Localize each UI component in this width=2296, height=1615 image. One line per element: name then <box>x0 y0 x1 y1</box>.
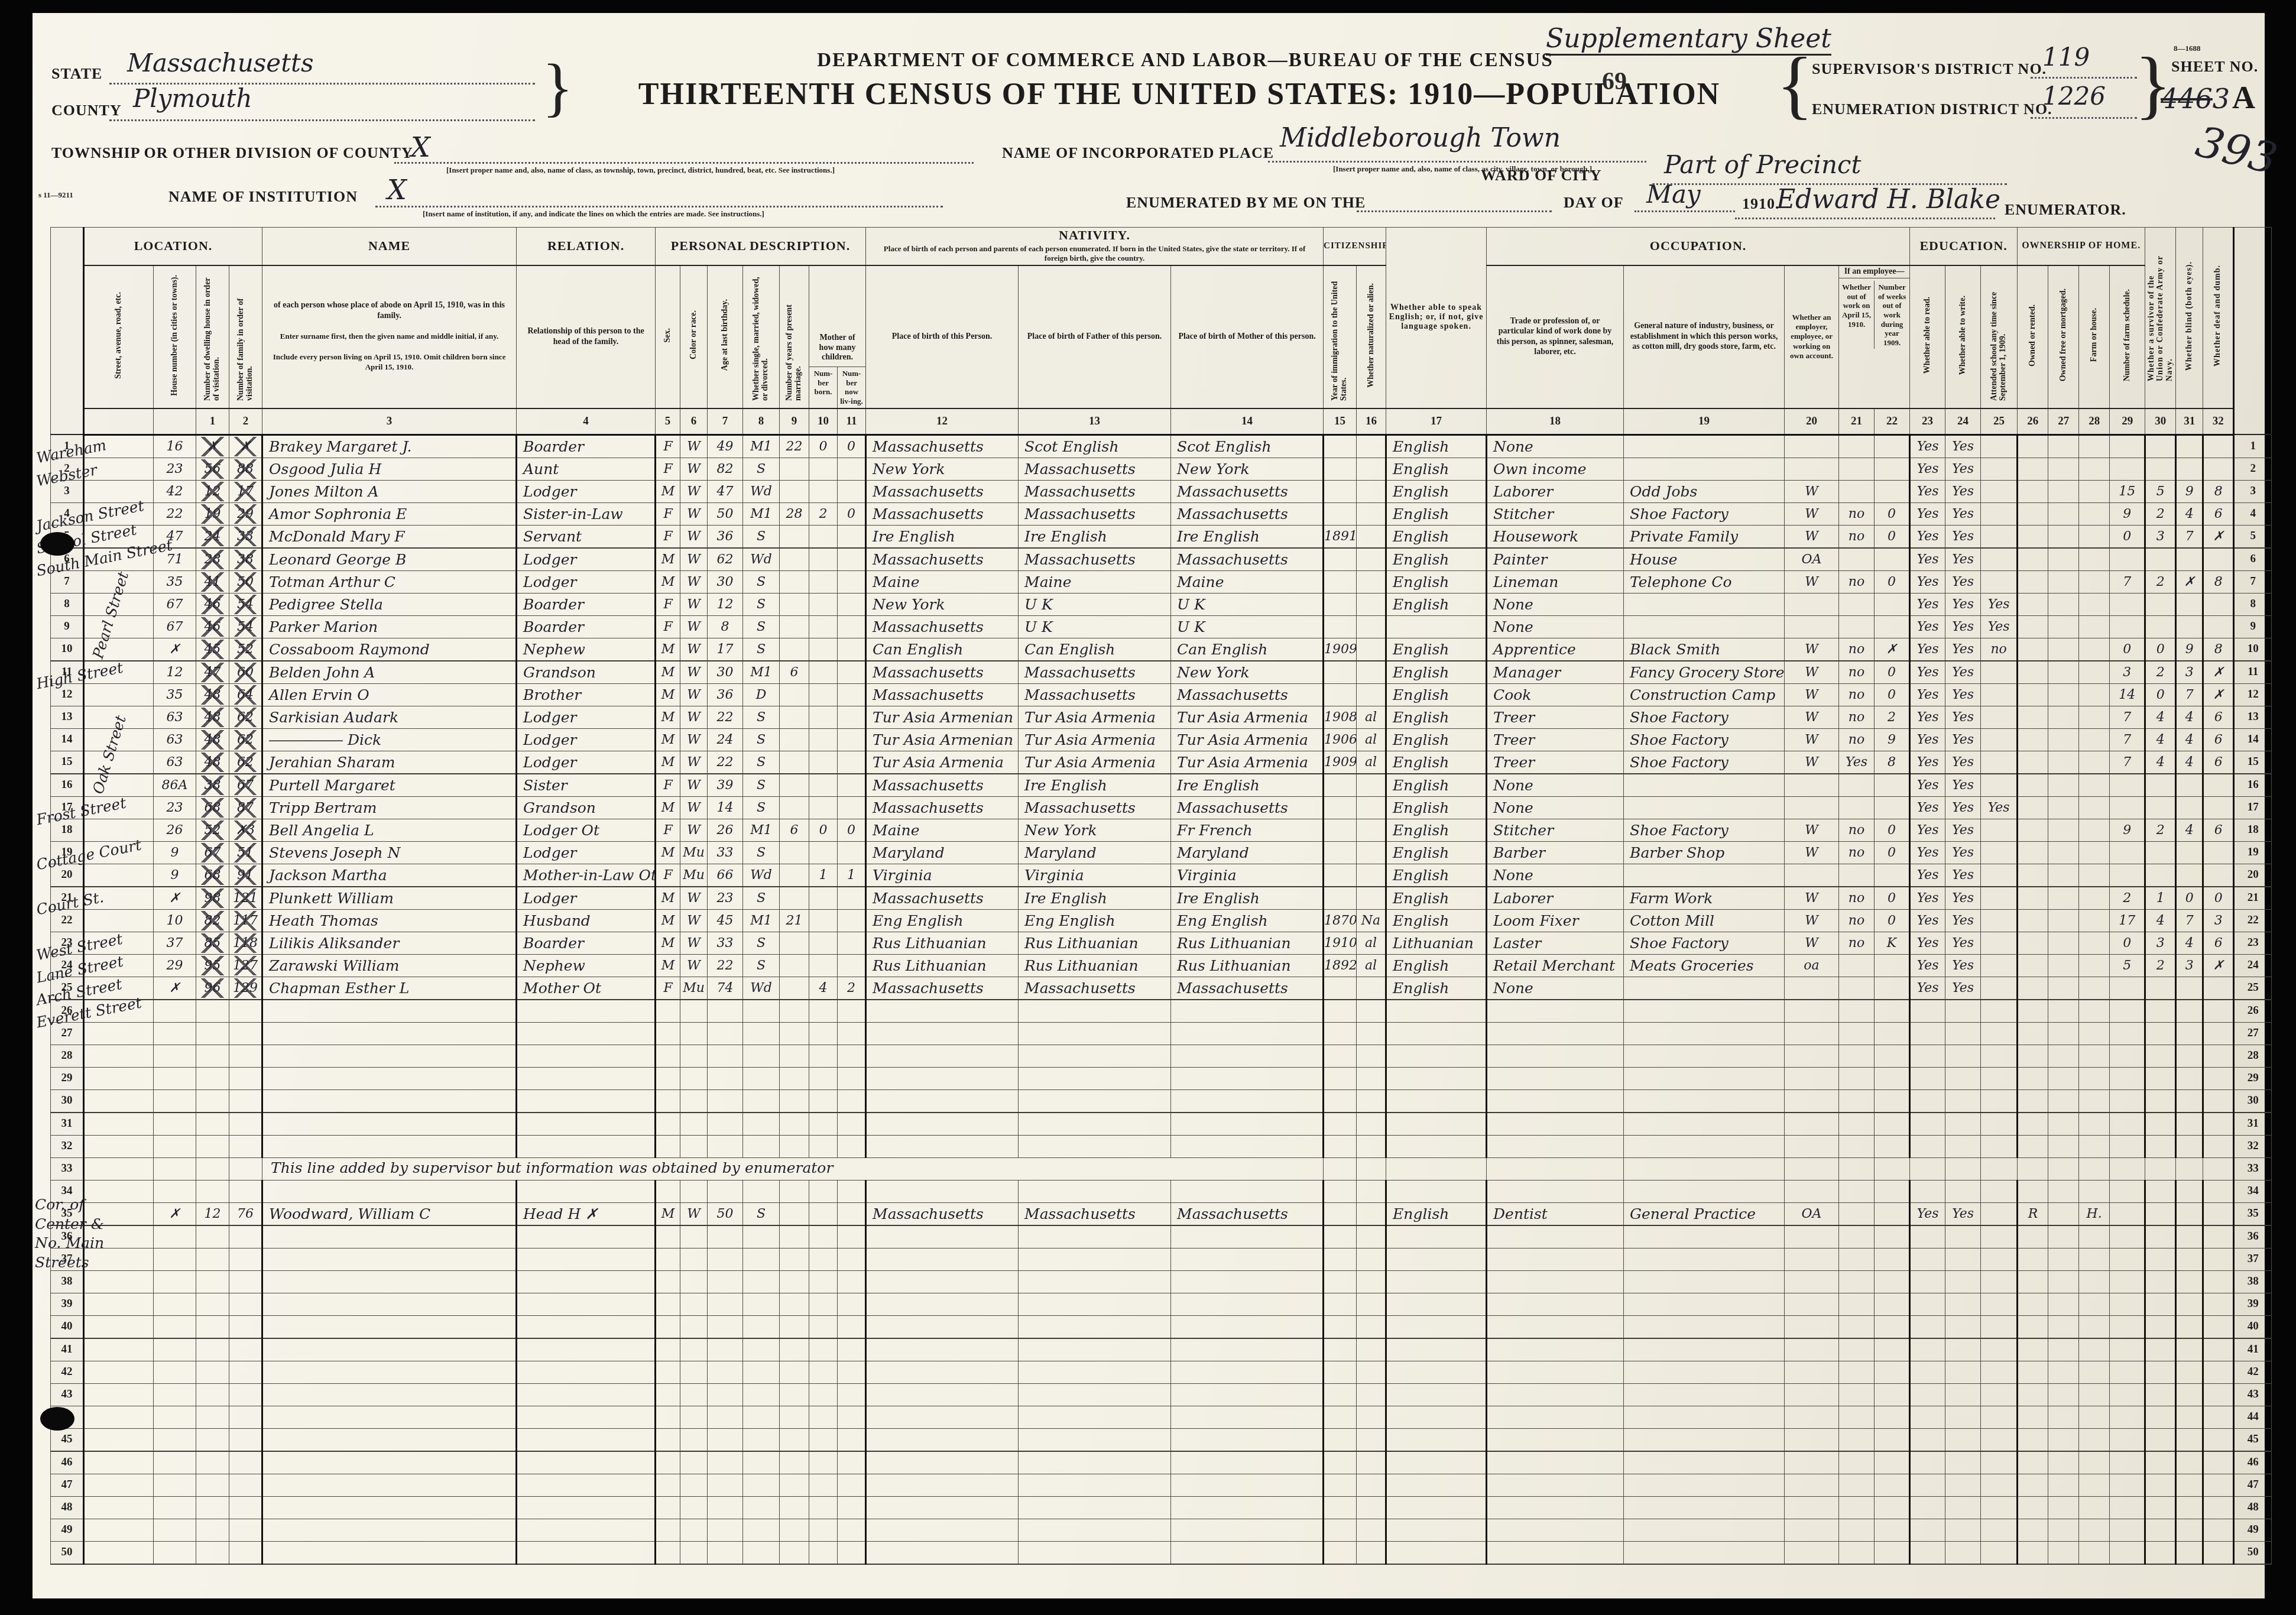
cell-lang: Lithuanian <box>1386 932 1487 954</box>
cell-born <box>809 548 838 571</box>
cell-imm: 1906 <box>1324 728 1357 751</box>
cell-relation: Nephew <box>517 954 656 977</box>
cell-house <box>154 1225 196 1248</box>
cell-born <box>809 728 838 751</box>
enumerated-label: ENUMERATED BY ME ON THE <box>1126 194 1366 212</box>
cell-dwelling: 48 <box>196 706 229 728</box>
cell-pobm: Rus Lithuanian <box>1171 932 1324 954</box>
cell-occ: Dentist <box>1487 1202 1624 1225</box>
cell-marital: S <box>743 638 780 661</box>
cell-weeks <box>1875 1113 1910 1136</box>
cell-out <box>1839 1202 1875 1225</box>
cell-dwelling <box>196 1383 229 1406</box>
cell-pob <box>866 1225 1019 1248</box>
cell-yrs <box>780 1045 809 1067</box>
cell-blind <box>2176 977 2203 1000</box>
col-free: Owned free or mortgaged. <box>2048 265 2079 408</box>
cell-living <box>838 615 866 638</box>
cell-sched <box>2110 1067 2145 1089</box>
cell-civil: 2 <box>2145 570 2176 593</box>
cell-write <box>1945 1383 1981 1406</box>
cell-sched <box>2110 1225 2145 1248</box>
cell-imm <box>1324 1022 1357 1045</box>
cell-school <box>1981 1000 2018 1023</box>
cell-owned <box>2018 1225 2048 1248</box>
cell-nat: al <box>1357 954 1386 977</box>
cell-sex <box>656 1270 680 1293</box>
cell-relation: Boarder <box>517 434 656 458</box>
cell-out: no <box>1839 706 1875 728</box>
cell-yrs <box>780 706 809 728</box>
cell-living <box>838 1202 866 1225</box>
cell-born <box>809 1383 838 1406</box>
cell-ind: Shoe Factory <box>1624 502 1785 525</box>
cell-owned <box>2018 819 2048 841</box>
cell-dwelling <box>196 1248 229 1270</box>
cell-pobm <box>1171 1180 1324 1202</box>
cell-house: 9 <box>154 841 196 864</box>
cell-owned <box>2018 1113 2048 1136</box>
cell-living: 0 <box>838 502 866 525</box>
cell-name: Sarkisian Audark <box>262 706 517 728</box>
cell-yrs <box>780 1022 809 1045</box>
cell-pobm <box>1171 1315 1324 1338</box>
cell-sched: 7 <box>2110 728 2145 751</box>
cell-sex <box>656 1022 680 1045</box>
cell-yrs <box>780 548 809 571</box>
cell-farm <box>2079 502 2110 525</box>
cell-yrs <box>780 728 809 751</box>
cell-pob <box>866 1000 1019 1023</box>
cell-blind <box>2176 1270 2203 1293</box>
cell-lang: English <box>1386 548 1487 571</box>
cell-weeks <box>1875 1089 1910 1113</box>
cell-living <box>838 1225 866 1248</box>
cell-born <box>809 796 838 819</box>
col-number: 24 <box>1945 408 1981 435</box>
cell-ind <box>1624 1248 1785 1270</box>
cell-sched <box>2110 434 2145 458</box>
cell-free <box>2048 1270 2079 1293</box>
cell-sched <box>2110 593 2145 615</box>
cell-name: Heath Thomas <box>262 909 517 932</box>
cell-farm <box>2079 1451 2110 1474</box>
cell-color <box>680 1270 708 1293</box>
cell-write <box>1945 1067 1981 1089</box>
cell-free <box>2048 1496 2079 1519</box>
cell-age: 82 <box>708 458 743 480</box>
cell-write <box>1945 1496 1981 1519</box>
cell-house <box>154 1293 196 1315</box>
cell-blind <box>2176 1135 2203 1157</box>
cell-pobf <box>1019 1180 1171 1202</box>
cell-owned <box>2018 977 2048 1000</box>
cell-sex: F <box>656 593 680 615</box>
cell-blind <box>2176 1474 2203 1496</box>
cell-out <box>1839 1293 1875 1315</box>
cell-dwelling: 48 <box>196 683 229 706</box>
department-line: DEPARTMENT OF COMMERCE AND LABOR—BUREAU … <box>712 50 1658 72</box>
cell-sex <box>656 1067 680 1089</box>
table-row: 4221929Amor Sophronia ESister-in-LawFW50… <box>51 502 2272 525</box>
cell-blind <box>2176 1225 2203 1248</box>
cell-name: Pedigree Stella <box>262 593 517 615</box>
cell-street <box>84 1135 154 1157</box>
cell-write: Yes <box>1945 1202 1981 1225</box>
cell-dwelling: 56 <box>196 458 229 480</box>
cell-out <box>1839 1180 1875 1202</box>
cell-school <box>1981 548 2018 571</box>
cell-name: Parker Marion <box>262 615 517 638</box>
cell-occ: Painter <box>1487 548 1624 571</box>
cell-write <box>1945 1270 1981 1293</box>
cell-occ <box>1487 1293 1624 1315</box>
cell-marital: S <box>743 458 780 480</box>
cell-relation: Lodger <box>517 548 656 571</box>
cell-free <box>2048 480 2079 502</box>
cell-age: 12 <box>708 593 743 615</box>
col-color: Color or race. <box>680 265 708 408</box>
cell-pob <box>866 1451 1019 1474</box>
group-education: EDUCATION. <box>1910 228 2018 265</box>
cell-family: 91 <box>229 864 262 887</box>
cell-school <box>1981 977 2018 1000</box>
cell-blind <box>2176 1496 2203 1519</box>
cell-age: 30 <box>708 570 743 593</box>
cell-weeks <box>1875 548 1910 571</box>
col-pob: Place of birth of this Person. <box>866 265 1019 408</box>
cell-imm <box>1324 887 1357 910</box>
supervisor-value: 119 <box>2042 43 2090 72</box>
cell-marital: S <box>743 887 780 910</box>
cell-weeks <box>1875 1361 1910 1383</box>
cell-school <box>1981 819 2018 841</box>
cell-deaf <box>2203 841 2234 864</box>
cell-relation <box>517 1293 656 1315</box>
cell-owned <box>2018 1067 2048 1089</box>
cell-name: Jerahian Sharam <box>262 751 517 774</box>
cell-yrs <box>780 1180 809 1202</box>
cell-dwelling <box>196 1428 229 1451</box>
cell-out <box>1839 1067 1875 1089</box>
cell-color: W <box>680 728 708 751</box>
cell-deaf: ✗ <box>2203 683 2234 706</box>
cell-color: W <box>680 909 708 932</box>
col-blind: Whether blind (both eyes). <box>2176 228 2203 408</box>
place-value: Middleborough Town <box>1280 123 1561 153</box>
cell-house <box>154 1406 196 1428</box>
cell-weeks: 0 <box>1875 841 1910 864</box>
cell-farm <box>2079 751 2110 774</box>
cell-house: 67 <box>154 593 196 615</box>
cell-imm <box>1324 774 1357 797</box>
cell-family <box>229 1022 262 1045</box>
cell-emp <box>1785 1315 1839 1338</box>
cell-pob <box>866 1519 1019 1541</box>
cell-farm: H. <box>2079 1202 2110 1225</box>
table-row: 4848 <box>51 1496 2272 1519</box>
cell-civil <box>2145 1202 2176 1225</box>
table-row: 4343 <box>51 1383 2272 1406</box>
cell-dwelling <box>196 1067 229 1089</box>
cell-weeks <box>1875 1135 1910 1157</box>
cell-imm: 1910 <box>1324 932 1357 954</box>
cell-lang: English <box>1386 525 1487 548</box>
cell-civil <box>2145 774 2176 797</box>
cell-imm <box>1324 796 1357 819</box>
col-number: 23 <box>1910 408 1945 435</box>
cell-house <box>154 1338 196 1361</box>
cell-lang: English <box>1386 1202 1487 1225</box>
cell-deaf <box>2203 1089 2234 1113</box>
cell-pob <box>866 1338 1019 1361</box>
cell-write: Yes <box>1945 661 1981 684</box>
cell-deaf: 6 <box>2203 728 2234 751</box>
cell-deaf <box>2203 1451 2234 1474</box>
cell-farm <box>2079 1293 2110 1315</box>
cell-house: 86A <box>154 774 196 797</box>
cell-owned <box>2018 615 2048 638</box>
cell-farm <box>2079 841 2110 864</box>
cell-blind: 9 <box>2176 638 2203 661</box>
cell-born <box>809 1045 838 1067</box>
col-number: 20 <box>1785 408 1839 435</box>
cell-blind <box>2176 1045 2203 1067</box>
cell-family: 87 <box>229 796 262 819</box>
cell-school <box>1981 1361 2018 1383</box>
cell-emp: W <box>1785 819 1839 841</box>
cell-color: W <box>680 570 708 593</box>
cell-age <box>708 1135 743 1157</box>
cell-nat <box>1357 502 1386 525</box>
cell-age: 33 <box>708 932 743 954</box>
cell-imm <box>1324 570 1357 593</box>
cell-nat <box>1357 887 1386 910</box>
cell-age: 24 <box>708 728 743 751</box>
cell-marital <box>743 1225 780 1248</box>
cell-name: Purtell Margaret <box>262 774 517 797</box>
cell-owned <box>2018 1293 2048 1315</box>
cell-deaf <box>2203 593 2234 615</box>
cell-color <box>680 1045 708 1067</box>
cell-marital: M1 <box>743 909 780 932</box>
cell-farm <box>2079 1519 2110 1541</box>
cell-sched <box>2110 1406 2145 1428</box>
cell-pobf: Massachusetts <box>1019 683 1171 706</box>
cell-farm <box>2079 1045 2110 1067</box>
cell-nat <box>1357 819 1386 841</box>
cell-dwelling <box>196 1135 229 1157</box>
cell-sex: M <box>656 728 680 751</box>
cell-ind: Black Smith <box>1624 638 1785 661</box>
cell-read <box>1910 1225 1945 1248</box>
col-number: 18 <box>1487 408 1624 435</box>
cell-yrs <box>780 1293 809 1315</box>
cell-family: 54 <box>229 593 262 615</box>
cell-weeks <box>1875 1406 1910 1428</box>
cell-family: 64 <box>229 683 262 706</box>
cell-house: ✗ <box>154 1202 196 1225</box>
cell-family: 62 <box>229 728 262 751</box>
cell-nat <box>1357 1541 1386 1564</box>
cell-nat <box>1357 1519 1386 1541</box>
cell-nat <box>1357 864 1386 887</box>
cell-nat <box>1357 548 1386 571</box>
cell-read <box>1910 1067 1945 1089</box>
cell-pob: Tur Asia Armenian <box>866 706 1019 728</box>
cell-civil: 4 <box>2145 909 2176 932</box>
cell-blind <box>2176 1383 2203 1406</box>
cell-write <box>1945 1315 1981 1338</box>
cell-name <box>262 1541 517 1564</box>
cell-color <box>680 1383 708 1406</box>
cell-family: 76 <box>229 1202 262 1225</box>
cell-pob: Massachusetts <box>866 661 1019 684</box>
cell-sched <box>2110 864 2145 887</box>
cell-name: Belden John A <box>262 661 517 684</box>
cell-out <box>1839 1000 1875 1023</box>
cell-marital <box>743 1496 780 1519</box>
cell-free <box>2048 1113 2079 1136</box>
cell-born <box>809 751 838 774</box>
cell-born <box>809 1428 838 1451</box>
cell-living <box>838 1406 866 1428</box>
cell-civil <box>2145 1089 2176 1113</box>
cell-blind <box>2176 1248 2203 1270</box>
cell-weeks: 2 <box>1875 706 1910 728</box>
cell-civil <box>2145 1428 2176 1451</box>
col-industry: General nature of industry, business, or… <box>1624 265 1785 408</box>
cell-school <box>1981 1383 2018 1406</box>
table-row: 6712838Leonard George BLodgerMW62WdMassa… <box>51 548 2272 571</box>
cell-name: Cossaboom Raymond <box>262 638 517 661</box>
cell-name: Jones Milton A <box>262 480 517 502</box>
cell-emp <box>1785 864 1839 887</box>
cell-ind <box>1624 774 1785 797</box>
cell-write: Yes <box>1945 480 1981 502</box>
cell-read <box>1910 1045 1945 1067</box>
cell-yrs: 28 <box>780 502 809 525</box>
cell-living: 0 <box>838 434 866 458</box>
cell-street <box>84 1406 154 1428</box>
cell-owned <box>2018 932 2048 954</box>
cell-nat <box>1357 1225 1386 1248</box>
cell-emp: W <box>1785 728 1839 751</box>
cell-family <box>229 1474 262 1496</box>
cell-pobf <box>1019 1383 1171 1406</box>
cell-age: 66 <box>708 864 743 887</box>
cell-owned <box>2018 1000 2048 1023</box>
cell-school <box>1981 1519 2018 1541</box>
cell-civil <box>2145 458 2176 480</box>
cell-dwelling <box>196 1225 229 1248</box>
cell-civil <box>2145 1270 2176 1293</box>
cell-relation: Boarder <box>517 593 656 615</box>
cell-weeks: 0 <box>1875 525 1910 548</box>
cell-occ <box>1487 1474 1624 1496</box>
col-number: 26 <box>2018 408 2048 435</box>
cell-yrs <box>780 1225 809 1248</box>
cell-family <box>229 1270 262 1293</box>
cell-read: Yes <box>1910 774 1945 797</box>
cell-nat <box>1357 1406 1386 1428</box>
cell-emp <box>1785 1089 1839 1113</box>
cell-street <box>84 1474 154 1496</box>
cell-yrs <box>780 954 809 977</box>
cell-farm <box>2079 1113 2110 1136</box>
cell-civil <box>2145 615 2176 638</box>
table-row: 10✗4552Cossaboom RaymondNephewMW17SCan E… <box>51 638 2272 661</box>
cell-imm <box>1324 458 1357 480</box>
county-value: Plymouth <box>133 84 252 113</box>
cell-free <box>2048 706 2079 728</box>
cell-out <box>1839 593 1875 615</box>
cell-sched <box>2110 1519 2145 1541</box>
cell-read: Yes <box>1910 909 1945 932</box>
cell-write: Yes <box>1945 774 1981 797</box>
cell-blind <box>2176 796 2203 819</box>
cell-pob: Massachusetts <box>866 977 1019 1000</box>
cell-deaf <box>2203 1315 2234 1338</box>
cell-owned <box>2018 525 2048 548</box>
cell-lang: English <box>1386 909 1487 932</box>
cell-lang <box>1386 1135 1487 1157</box>
cell-imm <box>1324 1180 1357 1202</box>
cell-emp <box>1785 1248 1839 1270</box>
table-row: 3737 <box>51 1248 2272 1270</box>
cell-dwelling <box>196 1451 229 1474</box>
cell-nat <box>1357 1293 1386 1315</box>
cell-age <box>708 1474 743 1496</box>
cell-nat <box>1357 1496 1386 1519</box>
cell-street <box>84 683 154 706</box>
cell-out <box>1839 1270 1875 1293</box>
table-row: 182652✗3Bell Angelia LLodger OtFW26M1600… <box>51 819 2272 841</box>
cell-weeks: 0 <box>1875 570 1910 593</box>
cell-age: 17 <box>708 638 743 661</box>
cell-ind: Shoe Factory <box>1624 932 1785 954</box>
cell-nat <box>1357 774 1386 797</box>
cell-blind: 4 <box>2176 932 2203 954</box>
cell-nat <box>1357 683 1386 706</box>
cell-write: Yes <box>1945 751 1981 774</box>
cell-relation: Sister-in-Law <box>517 502 656 525</box>
cell-write: Yes <box>1945 728 1981 751</box>
cell-relation: Boarder <box>517 932 656 954</box>
cell-nat <box>1357 1338 1386 1361</box>
cell-living <box>838 593 866 615</box>
cell-born <box>809 1089 838 1113</box>
cell-dwelling: 96 <box>196 977 229 1000</box>
cell-emp: W <box>1785 570 1839 593</box>
cell-occ <box>1487 1113 1624 1136</box>
cell-farm <box>2079 1180 2110 1202</box>
cell-pobm: Scot English <box>1171 434 1324 458</box>
cell-dwelling: 45 <box>196 638 229 661</box>
cell-pobf <box>1019 1022 1171 1045</box>
cell-write <box>1945 1361 1981 1383</box>
cell-born <box>809 1202 838 1225</box>
cell-street <box>84 1089 154 1113</box>
table-row: 7354150Totman Arthur CLodgerMW30SMaineMa… <box>51 570 2272 593</box>
cell-born <box>809 909 838 932</box>
cell-school <box>1981 909 2018 932</box>
cell-read <box>1910 1361 1945 1383</box>
cell-pobm <box>1171 1496 1324 1519</box>
col-number: 12 <box>866 408 1019 435</box>
cell-occ <box>1487 1000 1624 1023</box>
cell-blind: 9 <box>2176 480 2203 502</box>
